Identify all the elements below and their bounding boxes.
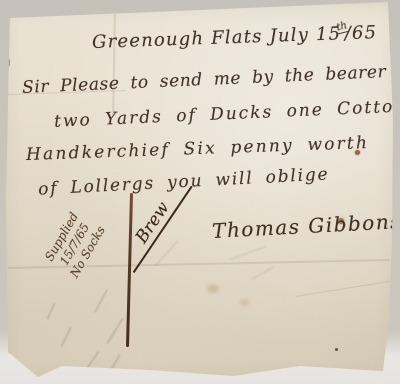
edge-nick — [5, 58, 10, 67]
scanned-letter: Greenough Flats July 15th/65 Sir Please … — [0, 0, 400, 384]
letter-dateline: Greenough Flats July 15th/65 — [92, 22, 378, 53]
letter-line-1: Sir Please to send me by the bearer — [22, 62, 387, 98]
dateline-year: /65 — [344, 22, 377, 44]
ink-showthrough — [229, 245, 267, 261]
ink-showthrough — [94, 289, 108, 313]
dateline-place-date: Greenough Flats July 15 — [92, 23, 342, 53]
edge-nick — [3, 93, 7, 100]
ink-showthrough — [84, 351, 99, 372]
ink-showthrough — [106, 318, 124, 345]
stain-speck — [335, 348, 338, 351]
ink-showthrough — [155, 240, 179, 267]
stain-smudge — [207, 284, 219, 293]
letter-paper: Greenough Flats July 15th/65 Sir Please … — [0, 0, 400, 384]
ink-showthrough — [251, 266, 275, 281]
letter-line-2: two Yards of Ducks one Cotton — [54, 96, 400, 131]
ink-showthrough — [60, 327, 71, 348]
stain-smudge — [240, 299, 249, 306]
signature: Thomas Gibbons — [212, 209, 400, 243]
ink-showthrough — [109, 354, 121, 372]
fold-crease-vertical — [112, 14, 116, 116]
letter-line-3: Handkerchief Six penny worth — [26, 133, 370, 165]
fold-crease-diagonal — [296, 280, 395, 297]
